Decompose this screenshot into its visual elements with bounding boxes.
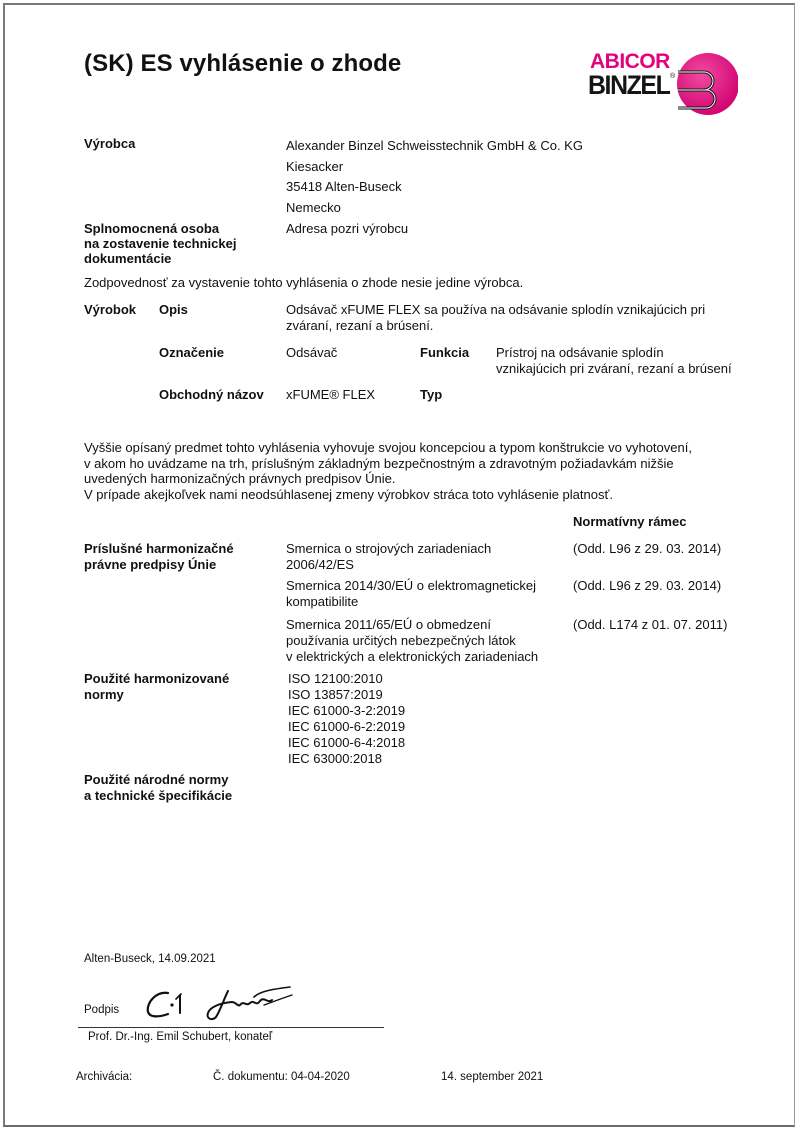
- standard-item: IEC 61000-6-2:2019: [288, 719, 405, 735]
- paragraph-line: uvedených harmonizačných právnych predpi…: [84, 471, 692, 487]
- logo-binzel-text: BINZEL: [588, 70, 669, 101]
- legislation-line: používania určitých nebezpečných látok: [286, 633, 538, 649]
- harmonized-standards-label: Použité harmonizované normy: [84, 671, 229, 703]
- label-line: na zostavenie technickej: [84, 236, 236, 251]
- legislation-label: Príslušné harmonizačné právne predpisy Ú…: [84, 541, 234, 573]
- label-line: Použité harmonizované: [84, 671, 229, 687]
- manufacturer-line: Kiesacker: [286, 157, 583, 178]
- document-title: (SK) ES vyhlásenie o zhode: [84, 50, 401, 78]
- label-line: normy: [84, 687, 229, 703]
- signatory-name: Prof. Dr.-Ing. Emil Schubert, konateľ: [88, 1031, 272, 1043]
- trade-name-label: Obchodný názov: [159, 387, 264, 403]
- harmonized-standards-list: ISO 12100:2010 ISO 13857:2019 IEC 61000-…: [288, 671, 405, 767]
- paragraph-line: V prípade akejkoľvek nami neodsúhlasenej…: [84, 487, 692, 503]
- legislation-line: Smernica 2011/65/EÚ o obmedzení: [286, 617, 538, 633]
- legislation-line: kompatibilite: [286, 594, 536, 610]
- responsibility-statement: Zodpovednosť za vystavenie tohto vyhláse…: [84, 275, 523, 291]
- standard-item: IEC 61000-6-4:2018: [288, 735, 405, 751]
- function-value: Prístroj na odsávanie splodín vznikajúci…: [496, 345, 732, 377]
- authorized-person-value: Adresa pozri výrobcu: [286, 221, 408, 237]
- label-line: Použité národné normy: [84, 772, 232, 788]
- label-line: právne predpisy Únie: [84, 557, 234, 573]
- manufacturer-address: Alexander Binzel Schweisstechnik GmbH & …: [286, 136, 583, 218]
- national-standards-label: Použité národné normy a technické špecif…: [84, 772, 232, 804]
- legislation-reference: (Odd. L96 z 29. 03. 2014): [573, 578, 721, 594]
- normative-framework-header: Normatívny rámec: [573, 514, 686, 530]
- signature-icon: [140, 985, 300, 1025]
- legislation-item: Smernica o strojových zariadeniach 2006/…: [286, 541, 491, 573]
- footer-date: 14. september 2021: [441, 1071, 543, 1083]
- legislation-item: Smernica 2014/30/EÚ o elektromagnetickej…: [286, 578, 536, 610]
- signature-line: [78, 1027, 384, 1028]
- label-line: Príslušné harmonizačné: [84, 541, 234, 557]
- registered-mark: ®: [670, 73, 675, 80]
- legislation-line: Smernica o strojových zariadeniach: [286, 541, 491, 557]
- conformity-paragraph: Vyššie opísaný predmet tohto vyhlásenia …: [84, 440, 692, 502]
- standard-item: ISO 12100:2010: [288, 671, 405, 687]
- legislation-line: Smernica 2014/30/EÚ o elektromagnetickej: [286, 578, 536, 594]
- signature-label: Podpis: [84, 1004, 119, 1016]
- manufacturer-line: Nemecko: [286, 198, 583, 219]
- designation-value: Odsávač: [286, 345, 337, 361]
- type-label: Typ: [420, 387, 442, 403]
- trade-name-value: xFUME® FLEX: [286, 387, 375, 403]
- description-label: Opis: [159, 302, 188, 318]
- designation-label: Označenie: [159, 345, 224, 361]
- function-line: vznikajúcich pri zváraní, rezaní a brúse…: [496, 361, 732, 377]
- standard-item: ISO 13857:2019: [288, 687, 405, 703]
- manufacturer-label: Výrobca: [84, 136, 135, 152]
- standard-item: IEC 61000-3-2:2019: [288, 703, 405, 719]
- paragraph-line: v akom ho uvádzame na trh, príslušným zá…: [84, 456, 692, 472]
- function-label: Funkcia: [420, 345, 469, 361]
- legislation-item: Smernica 2011/65/EÚ o obmedzení používan…: [286, 617, 538, 665]
- legislation-reference: (Odd. L174 z 01. 07. 2011): [573, 617, 727, 633]
- authorized-person-label: Splnomocnená osoba na zostavenie technic…: [84, 221, 236, 266]
- manufacturer-line: Alexander Binzel Schweisstechnik GmbH & …: [286, 136, 583, 157]
- description-line: Odsávač xFUME FLEX sa používa na odsávan…: [286, 302, 705, 318]
- description-line: zváraní, rezaní a brúsení.: [286, 318, 705, 334]
- description-value: Odsávač xFUME FLEX sa používa na odsávan…: [286, 302, 705, 334]
- label-line: dokumentácie: [84, 251, 236, 266]
- place-date: Alten-Buseck, 14.09.2021: [84, 953, 216, 965]
- document-number: Č. dokumentu: 04-04-2020: [213, 1071, 350, 1083]
- function-line: Prístroj na odsávanie splodín: [496, 345, 732, 361]
- archive-label: Archivácia:: [76, 1071, 132, 1083]
- label-line: Splnomocnená osoba: [84, 221, 236, 236]
- legislation-reference: (Odd. L96 z 29. 03. 2014): [573, 541, 721, 557]
- legislation-line: v elektrických a elektronických zariaden…: [286, 649, 538, 665]
- legislation-line: 2006/42/ES: [286, 557, 491, 573]
- paragraph-line: Vyššie opísaný predmet tohto vyhlásenia …: [84, 440, 692, 456]
- label-line: a technické špecifikácie: [84, 788, 232, 804]
- abicor-binzel-logo: ABICOR BINZEL ®: [588, 48, 738, 118]
- standard-item: IEC 63000:2018: [288, 751, 405, 767]
- product-label: Výrobok: [84, 302, 136, 318]
- manufacturer-line: 35418 Alten-Buseck: [286, 177, 583, 198]
